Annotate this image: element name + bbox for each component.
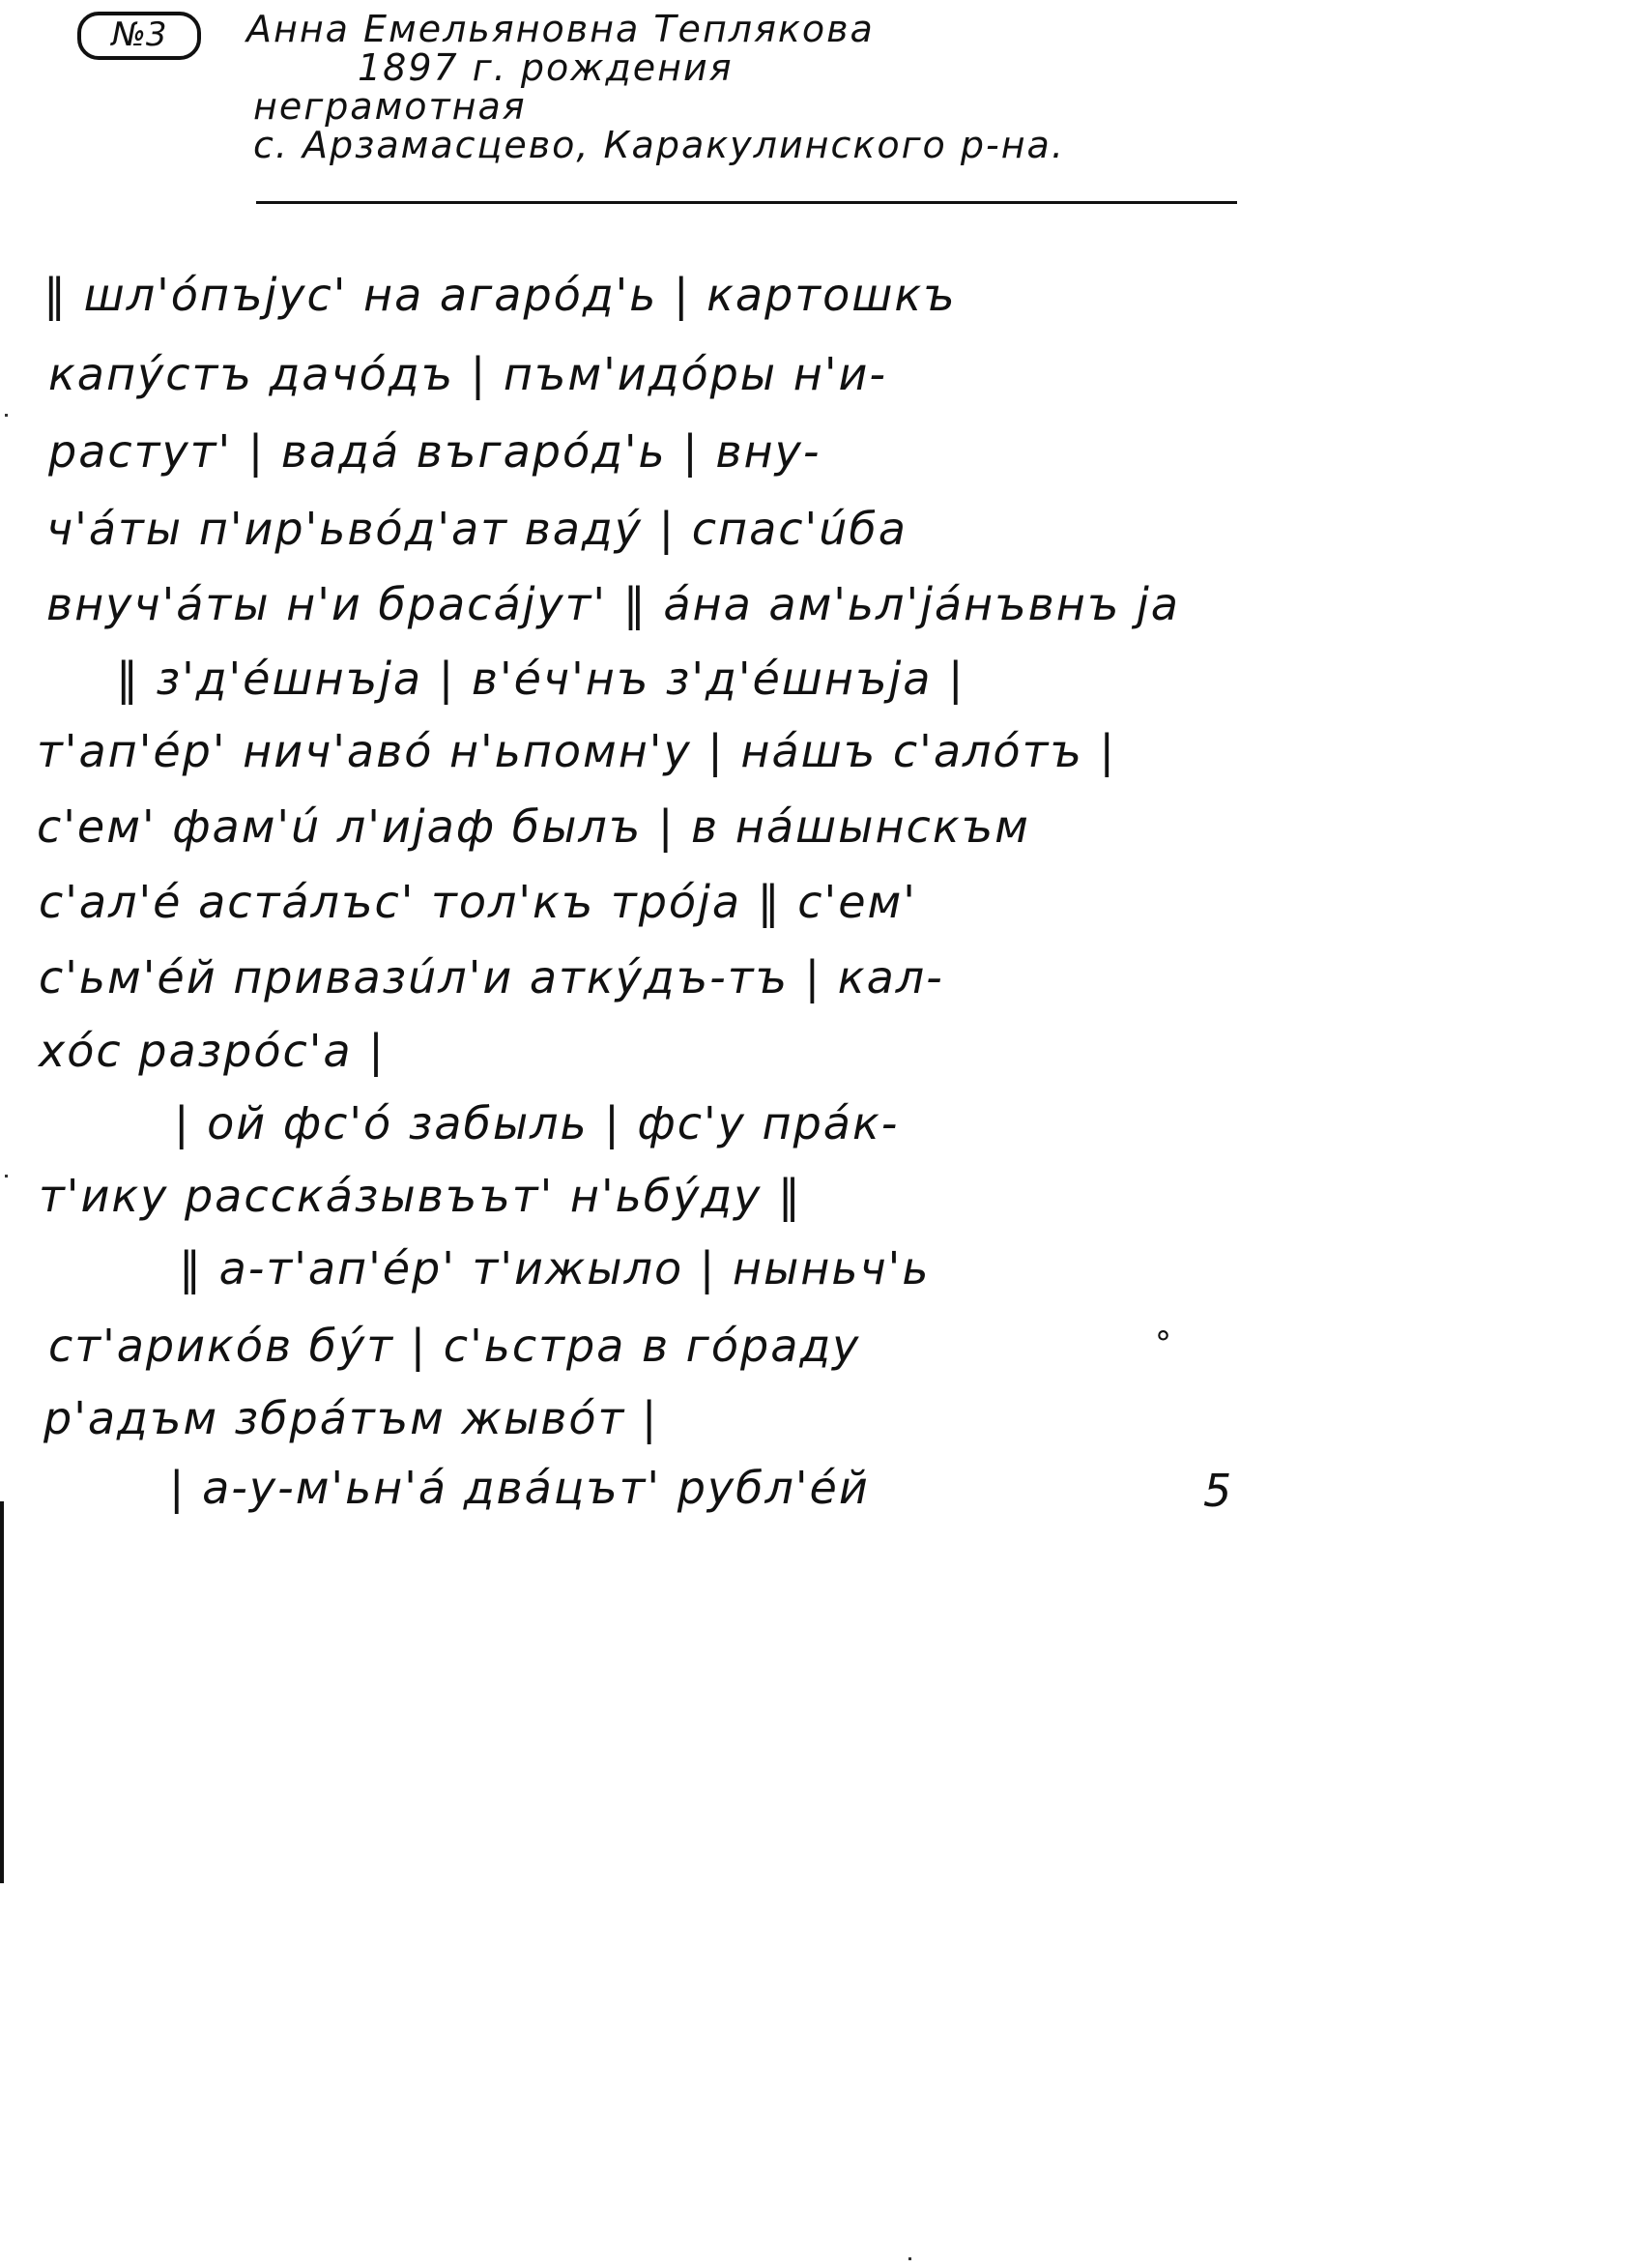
transcript-line: ‖ шл'óпъjус' на агарóд'ь | картошкъ — [43, 269, 957, 321]
transcript-line: | ой фс'ó забыль | фс'у прáк- — [174, 1097, 899, 1149]
transcript-line: растут' | вадá въгарóд'ь | вну- — [48, 425, 821, 478]
transcript-line: капýстъ дачóдъ | пъм'идóры н'и- — [48, 348, 887, 400]
transcript-line: с'ем' фам'ú л'иjаф былъ | в нáшынскъм — [37, 800, 1030, 853]
transcript-line: с'ал'é астáлъс' тол'къ трójа ‖ с'ем' — [39, 876, 917, 928]
scan-edge-line — [0, 1501, 4, 1883]
transcript-line: | а-у-м'ьн'á двáцът' рубл'éй — [169, 1462, 870, 1514]
scan-speck — [5, 414, 8, 417]
scan-speck — [5, 1175, 8, 1178]
stray-mark: ° — [1155, 1324, 1173, 1363]
transcript-line: ‖ а-т'ап'éр' т'ижыло | ныньч'ь — [179, 1242, 930, 1294]
transcript-line: т'ап'éр' нич'авó н'ьпомн'у | нáшъ с'алóт… — [37, 725, 1116, 777]
transcript-line: с'ьм'éй привазúл'и аткýдъ-тъ | кал- — [39, 951, 944, 1003]
transcript-line: ‖ з'д'éшнъjа | в'éч'нъ з'д'éшнъjа | — [116, 653, 966, 705]
transcript-line: хóс разрóс'а | — [39, 1025, 386, 1077]
transcript-line: р'адъм збрáтъм жывóт | — [43, 1392, 658, 1444]
header-divider — [256, 201, 1237, 204]
scan-speck — [908, 2257, 911, 2260]
record-number-badge: №3 — [77, 12, 201, 60]
page-number: 5 — [1203, 1465, 1231, 1517]
speaker-name: Анна Емельяновна Теплякова — [246, 8, 875, 50]
transcript-line: ст'арикóв бýт | с'ьстра в гóраду — [48, 1320, 860, 1372]
literacy-status: неграмотная — [253, 85, 527, 128]
document-page: №3 Анна Емельяновна Теплякова 1897 г. ро… — [0, 0, 1643, 2268]
transcript-line: т'ику расскáзывъът' н'ьбýду ‖ — [39, 1170, 802, 1222]
location: с. Арзамасцево, Каракулинского р-на. — [253, 124, 1065, 166]
transcript-line: внуч'áты н'и брасájут' ‖ áна ам'ьл'jáнъв… — [46, 578, 1180, 630]
birth-year: 1897 г. рождения — [358, 46, 734, 89]
transcript-line: ч'áты п'ир'ьвóд'ат вадý | спас'úба — [46, 503, 908, 555]
